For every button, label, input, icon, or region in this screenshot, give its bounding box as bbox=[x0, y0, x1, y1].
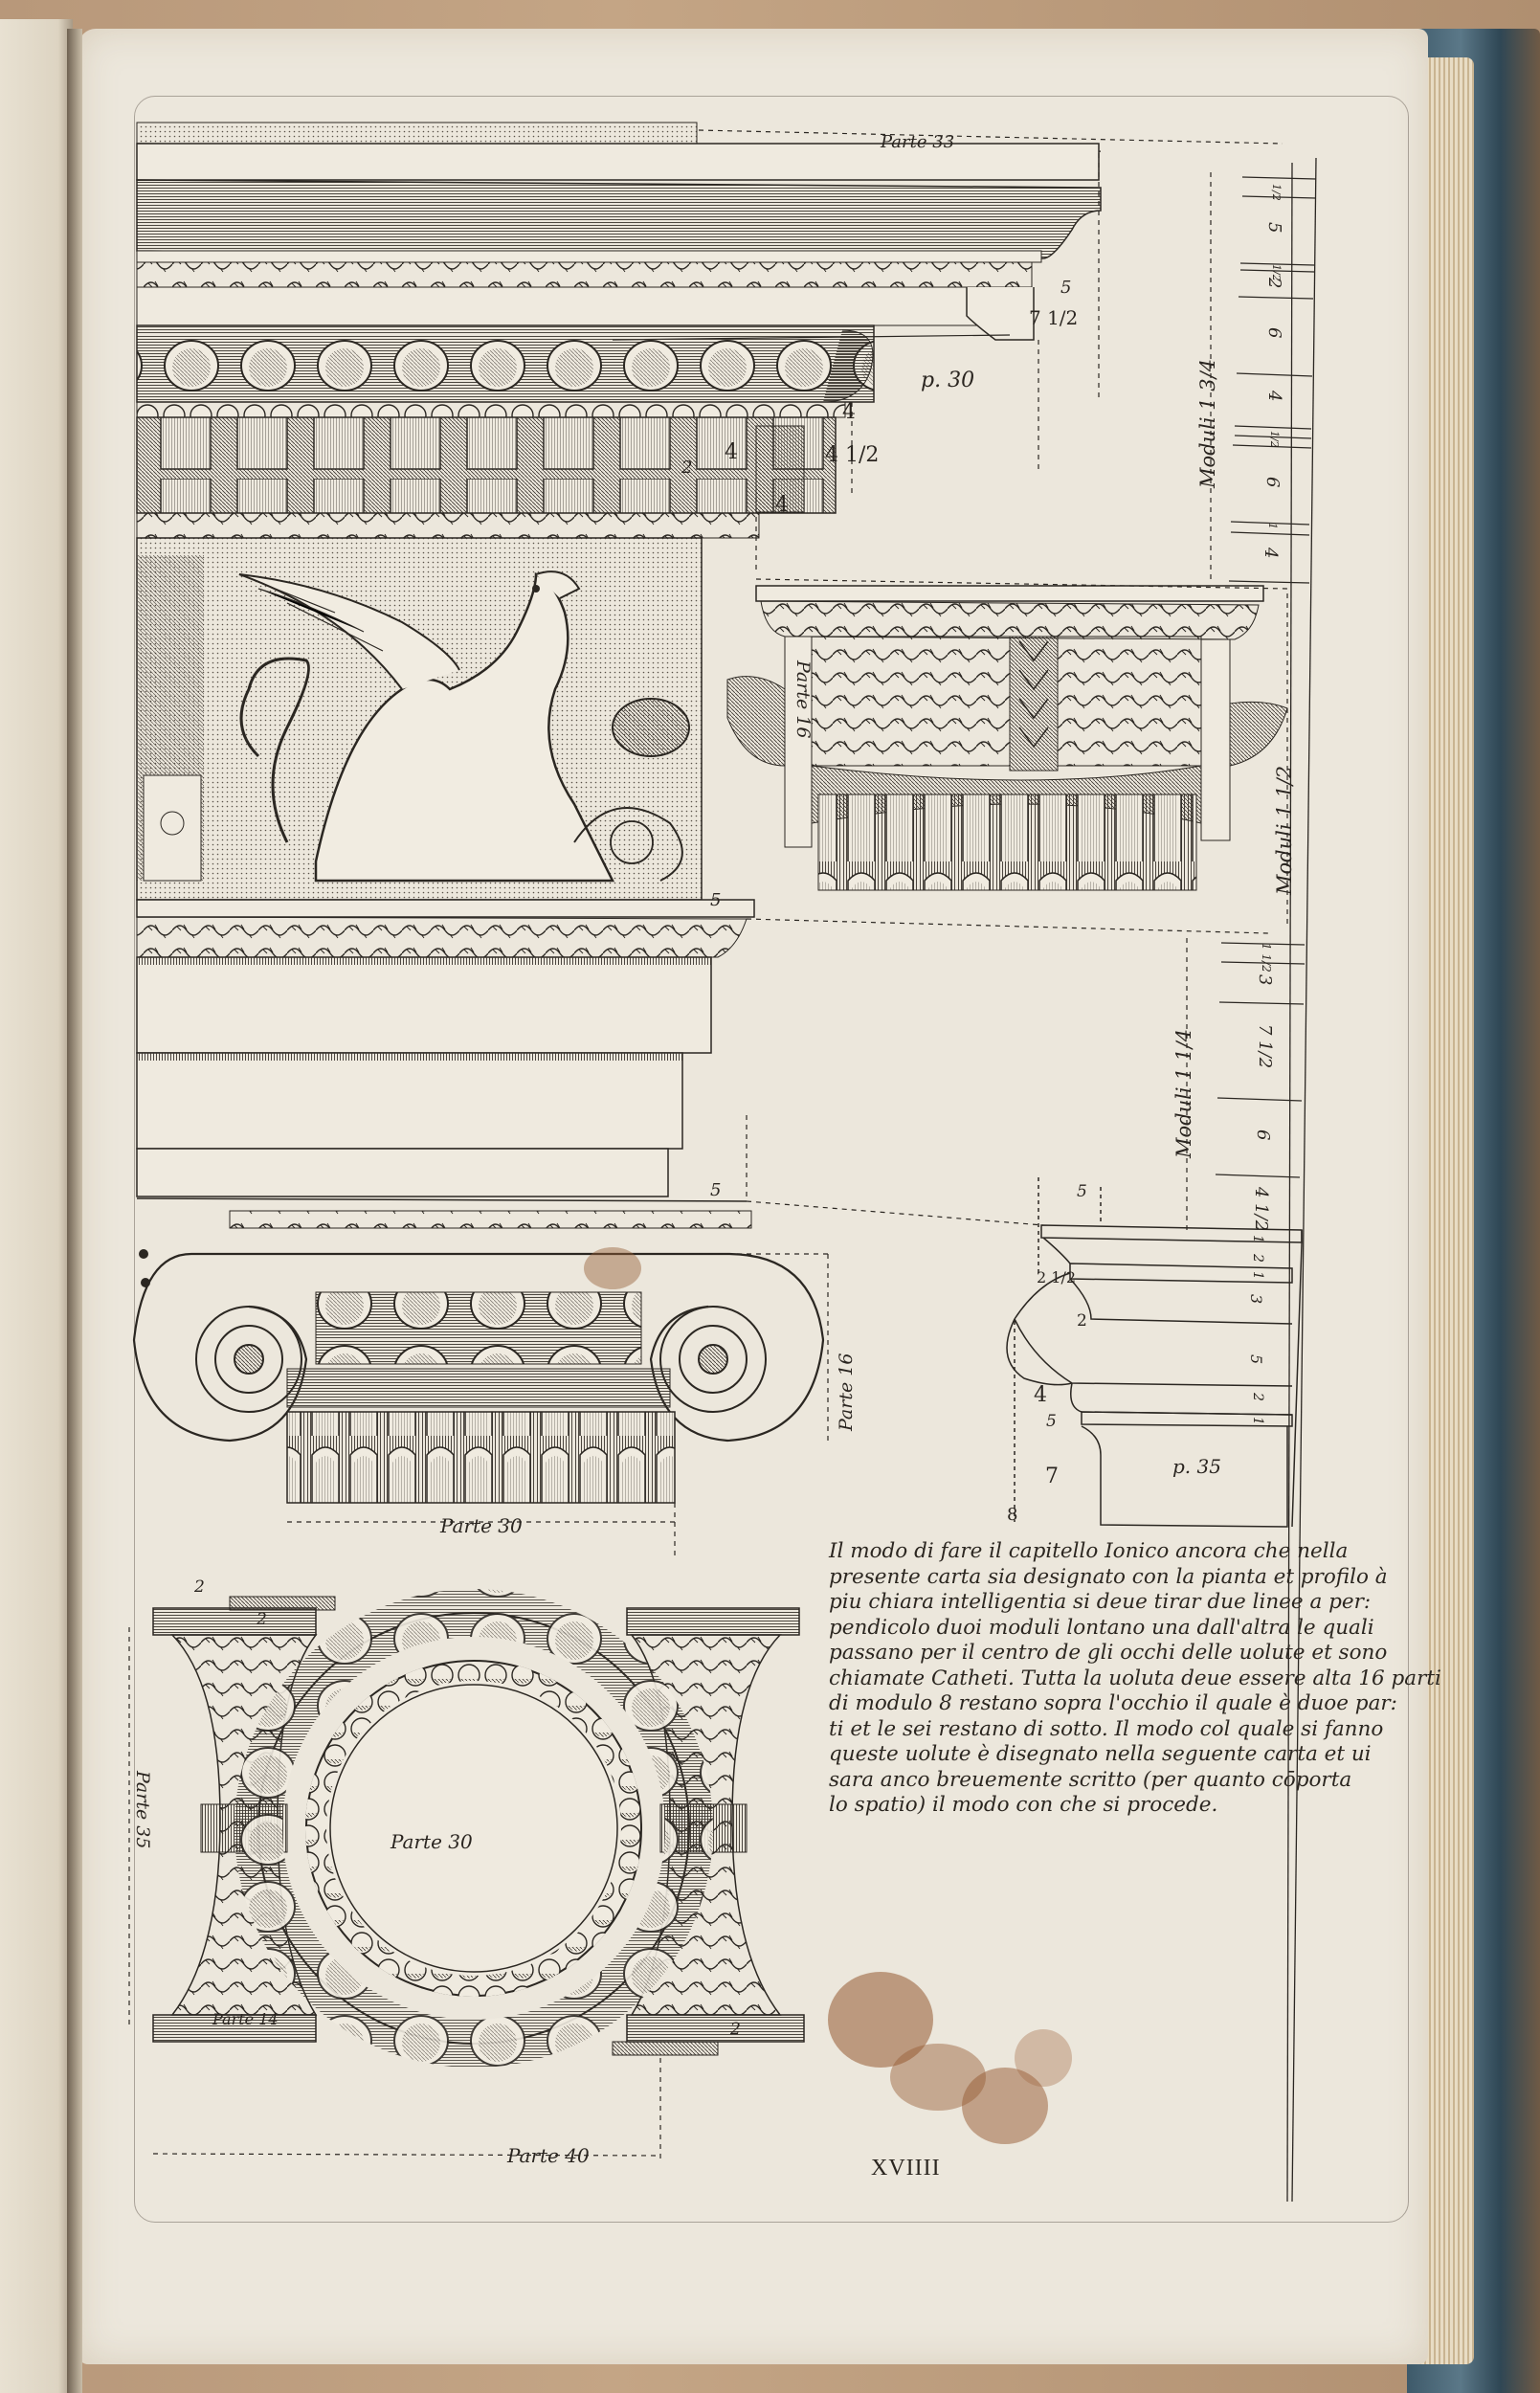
text-line: piu chiara intelligentia si deue tirar d… bbox=[829, 1590, 1307, 1616]
profile-scale-seg: 5 bbox=[1247, 1354, 1265, 1364]
label-plan-abacus-side: Parte 14 bbox=[212, 2010, 279, 2028]
text-line: Il modo di fare il capitello Ionico anco… bbox=[829, 1539, 1307, 1565]
label-profile-4: 4 bbox=[1034, 1383, 1047, 1407]
label-profile-top-mark: 5 bbox=[1077, 1182, 1087, 1201]
scale-seg: 6 bbox=[1264, 327, 1284, 338]
text-line: lo spatio) il modo con che si procede. bbox=[829, 1793, 1307, 1819]
label-frieze-mark: 5 bbox=[710, 890, 721, 910]
scale-seg: 7 1/2 bbox=[1255, 1024, 1275, 1068]
label-plan-side-height: Parte 35 bbox=[132, 1771, 153, 1848]
scale-seg: 6 bbox=[1253, 1129, 1273, 1140]
text-line: ti et le sei restano di sotto. Il modo c… bbox=[829, 1717, 1307, 1743]
label-architrave-mark: 5 bbox=[710, 1180, 721, 1200]
label-dentil-b: 4 1/2 bbox=[825, 443, 879, 467]
label-plan-center: Parte 30 bbox=[391, 1830, 473, 1853]
cornice bbox=[137, 123, 1101, 340]
label-profile-8: 8 bbox=[1007, 1505, 1017, 1525]
scale-seg: 4 bbox=[1264, 391, 1284, 401]
label-profile-2-1-2: 2 1/2 bbox=[1037, 1268, 1076, 1286]
scale-seg: 5 bbox=[1264, 222, 1284, 233]
text-line: chiamate Catheti. Tutta la uoluta deue e… bbox=[829, 1666, 1307, 1692]
engraving-illustration bbox=[0, 0, 1540, 2393]
scale-seg: 2 bbox=[1264, 278, 1284, 288]
label-plan-abacus-width: Parte 40 bbox=[507, 2144, 590, 2167]
label-cornice-mark: 5 bbox=[1060, 278, 1071, 298]
capital-plan bbox=[153, 1597, 804, 2055]
label-cornice-projection: 7 1/2 bbox=[1029, 306, 1078, 329]
label-profile-7: 7 bbox=[1045, 1465, 1059, 1488]
scale-seg: 4 1/2 bbox=[1251, 1187, 1271, 1231]
scale-seg: 6 bbox=[1262, 477, 1283, 487]
label-capital-width: Parte 30 bbox=[440, 1514, 523, 1537]
label-dentil-c: 4 bbox=[775, 493, 789, 517]
scale-columns bbox=[1216, 158, 1316, 2202]
text-line: di modulo 8 restano sopra l'occhio il qu… bbox=[829, 1691, 1307, 1717]
label-plan-corner-c: 2 bbox=[730, 2020, 741, 2039]
scale-seg: 1 1/2 bbox=[1260, 943, 1273, 973]
label-profile-2: 2 bbox=[1077, 1311, 1087, 1331]
label-side-capital-height: Parte 16 bbox=[792, 660, 814, 738]
profile-scale-seg: 1 bbox=[1250, 1417, 1265, 1425]
scale-seg: 4 bbox=[1261, 548, 1281, 558]
ionic-capital-front bbox=[134, 1211, 823, 1503]
text-line: passano per il centro de gli occhi delle… bbox=[829, 1641, 1307, 1666]
label-plan-corner-b: 2 bbox=[257, 1610, 267, 1629]
scale-seg: 1/2 bbox=[1270, 184, 1283, 201]
profile-scale-seg: 2 bbox=[1250, 1393, 1265, 1401]
text-line: pendicolo duoi moduli lontano una dall'a… bbox=[829, 1616, 1307, 1642]
scale-label-moduli-1-1-4: Moduli 1 1/4 bbox=[1172, 1029, 1195, 1158]
scale-label-moduli-1-3-4: Moduli 1 3/4 bbox=[1196, 359, 1219, 488]
text-line: sara anco breuemente scritto (per quanto… bbox=[829, 1768, 1307, 1794]
profile-scale-seg: 3 bbox=[1247, 1294, 1265, 1304]
profile-scale-seg: 2 bbox=[1250, 1254, 1265, 1263]
scale-seg: 1/2 bbox=[1268, 431, 1281, 448]
scale-seg: 1 bbox=[1266, 523, 1279, 529]
label-dentil-inner-1: 4 bbox=[725, 440, 738, 464]
label-profile-p35: p. 35 bbox=[1172, 1455, 1221, 1478]
text-line: queste uolute è disegnato nella seguente… bbox=[829, 1742, 1307, 1768]
profile-scale-seg: 1 bbox=[1250, 1271, 1265, 1280]
architrave bbox=[137, 900, 754, 1201]
plate-number: XVIIII bbox=[871, 2156, 941, 2181]
explanatory-text: Il modo di fare il capitello Ionico anco… bbox=[829, 1539, 1307, 1819]
profile-scale-seg: 1 bbox=[1250, 1235, 1265, 1243]
scale-seg: 3 bbox=[1255, 974, 1275, 985]
label-capital-height: Parte 16 bbox=[836, 1353, 857, 1431]
text-line: presente carta sia designato con la pian… bbox=[829, 1565, 1307, 1591]
label-plan-corner-a: 2 bbox=[194, 1577, 205, 1597]
label-dentil-a: 4 bbox=[842, 400, 856, 424]
scale-label-moduli-1-1-2: Moduli 1 1/2 bbox=[1273, 766, 1296, 895]
label-dentil-inner-2: 2 bbox=[681, 458, 692, 478]
label-cornice-p30: p. 30 bbox=[921, 369, 974, 392]
egg-and-dart-and-dentils bbox=[137, 325, 874, 538]
label-profile-5: 5 bbox=[1046, 1412, 1057, 1431]
frieze-griffin-relief bbox=[137, 538, 702, 900]
label-cornice-width: Parte 33 bbox=[881, 132, 954, 152]
